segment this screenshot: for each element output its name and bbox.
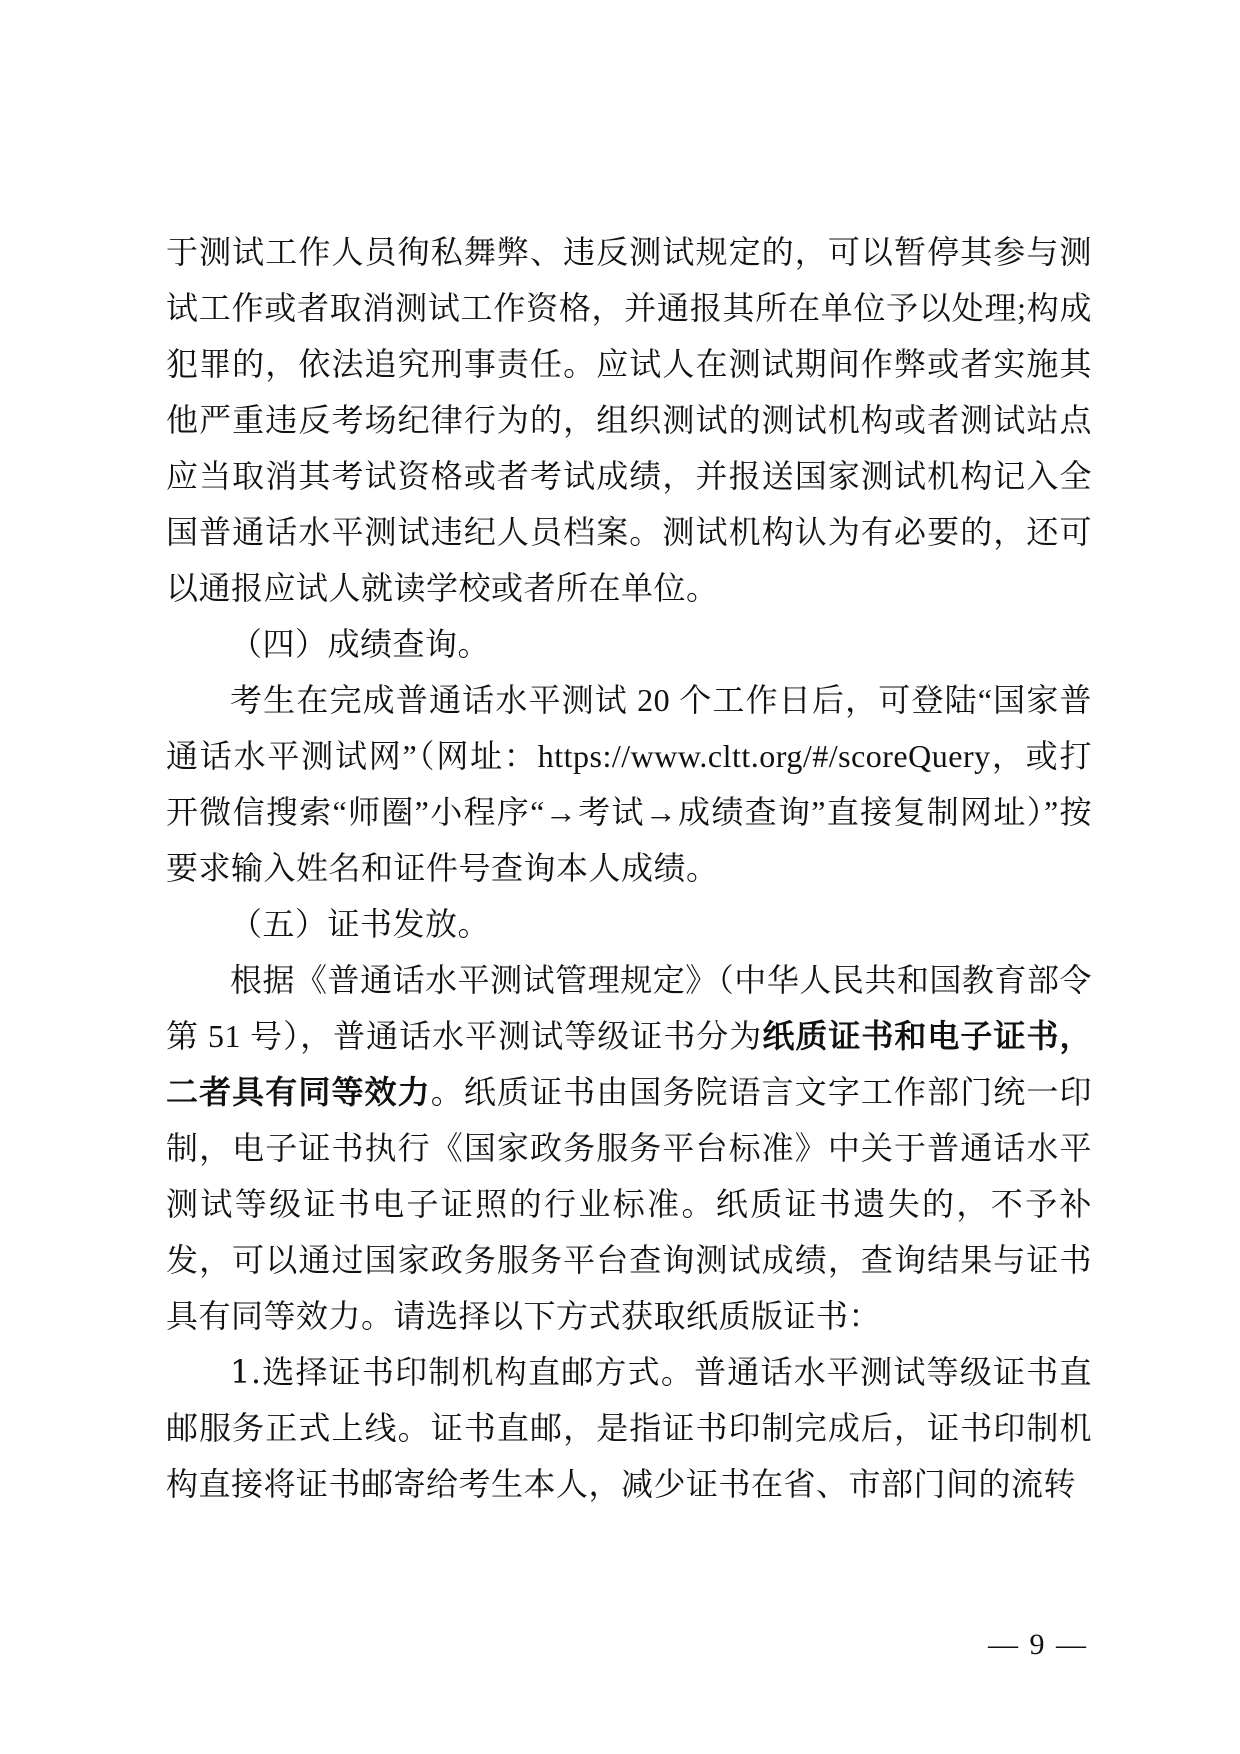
text-run-body: 于测试工作人员徇私舞弊、违反测试规定的，可以暂停其参与测试工作或者取消测试工作资… <box>166 234 1092 606</box>
text-run-kaiti: （四）成绩查询。 <box>230 625 490 663</box>
document-body: 于测试工作人员徇私舞弊、违反测试规定的，可以暂停其参与测试工作或者取消测试工作资… <box>166 224 1092 1512</box>
heading-section-4-score-query: （四）成绩查询。 <box>166 616 1092 672</box>
text-run-kaiti: 1.选择证书印制机构直邮方式。 <box>230 1353 694 1391</box>
para-score-query: 考生在完成普通话水平测试 20 个工作日后，可登陆“国家普通话水平测试网”（网址… <box>166 672 1092 896</box>
para-direct-mail-option: 1.选择证书印制机构直邮方式。普通话水平测试等级证书直邮服务正式上线。证书直邮，… <box>166 1344 1092 1512</box>
text-run-body: 。纸质证书由国务院语言文字工作部门统一印制，电子证书执行《国家政务服务平台标准》… <box>166 1074 1092 1334</box>
document-page: 于测试工作人员徇私舞弊、违反测试规定的，可以暂停其参与测试工作或者取消测试工作资… <box>0 0 1240 1754</box>
text-run-latin: https://www.cltt.org/#/scoreQuery <box>538 738 991 774</box>
page-number: — 9 — <box>988 1628 1088 1662</box>
para-violation-penalties: 于测试工作人员徇私舞弊、违反测试规定的，可以暂停其参与测试工作或者取消测试工作资… <box>166 224 1092 616</box>
para-certificate-rules: 根据《普通话水平测试管理规定》（中华人民共和国教育部令第 51 号），普通话水平… <box>166 952 1092 1344</box>
text-run-kaiti: （五）证书发放。 <box>230 905 490 943</box>
heading-section-5-certificate-issuance: （五）证书发放。 <box>166 896 1092 952</box>
